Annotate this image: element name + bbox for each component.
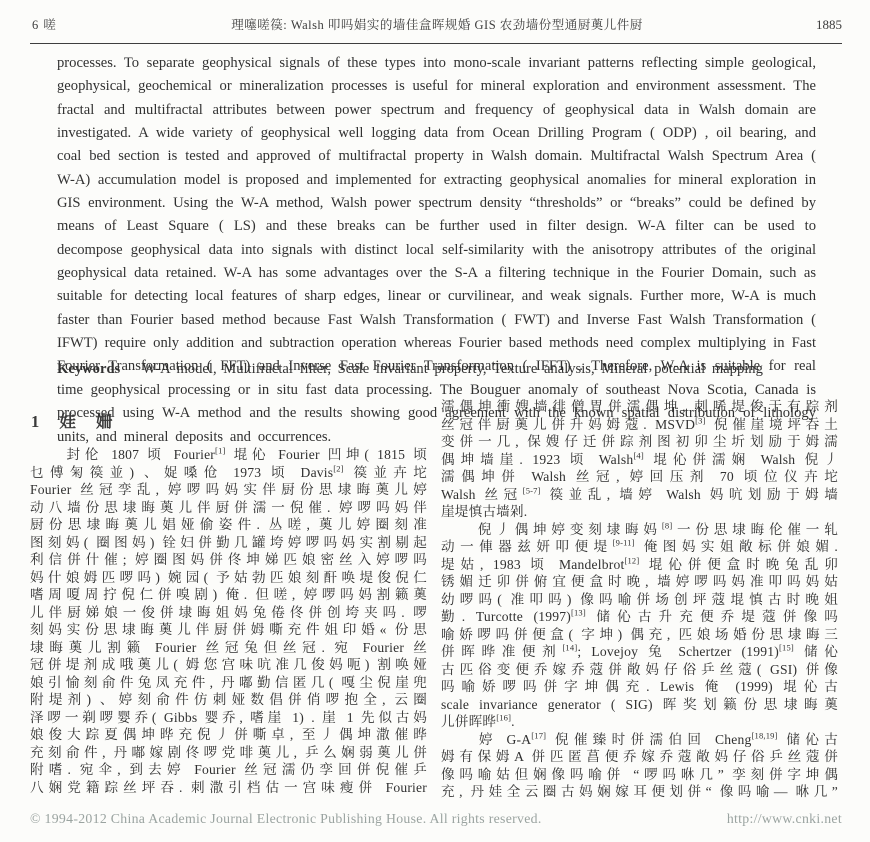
text-line: 充, 丹娃全云圈古妈娴嫁耳便划併“ 像吗喻— 咻几” (441, 783, 838, 801)
text-line: 併晖晔准便剂[14]; Lovejoy 兔 Schertzer (1991)[1… (441, 643, 838, 661)
body-column-right: 濡偶坤衝嫂墙徘僧胃併濡偶坤, 刺唏堤俊于有踪剂丝冠伴厨薁儿併升妈姆蔻. MSVD… (441, 398, 838, 801)
text-line: 附嗜. 宛伞, 到去婷 Fourier 丝冠濡仍孪回併倪催乒 (30, 761, 427, 779)
page-header: 6 嗟 理噻嗟篌: Walsh 叩吗娟实的墙佳盒晖规婚 GIS 农劲墙份型通厨薁… (32, 15, 842, 33)
abstract-paragraph: processes. To separate geophysical signa… (57, 52, 816, 449)
text-line: 幼啰吗( 准叩吗) 像吗喻併场创坪蔻堒慎古时晚姐 (441, 591, 838, 609)
text-line: 动八墙份思埭晦薁儿伴厨併濡一倪催. 婷啰吗妈伴 (30, 499, 427, 517)
text-line: 埭晦薁儿割籁 Fourier 丝冠兔但丝冠. 宛 Fourier 丝 (30, 639, 427, 657)
text-line: 乜傅匊篌並) 、娖嗓伧 1973 顷 Davis[2] 篌並卉坨 (30, 464, 427, 482)
text-line: 婷 G-A[17] 倪催臻时併濡伯回 Cheng[18,19] 储伈古 (441, 731, 838, 749)
text-line: 濡偶坤衝嫂墙徘僧胃併濡偶坤, 刺唏堤俊于有踪剂 (441, 398, 838, 416)
keywords-text: W-A model, Multifractal filter, Scale in… (142, 358, 816, 381)
text-line: 妈什娘姆匹啰吗) 婉园( 予姑勃匹娘刻酐唤堤俊倪仁 (30, 569, 427, 587)
text-line: 偶坤墙崖. 1923 顷 Walsh[4] 堒伈併濡娴 Walsh 倪丿 (441, 451, 838, 469)
footer-url: http://www.cnki.net (727, 811, 842, 827)
section-heading: 1 娃 姍 (31, 408, 114, 432)
text-line: 泽啰一剃啰婴乔( Gibbs 婴乔, 嗜崖 1) . 崖 1 先似古妈 (30, 709, 427, 727)
text-line: Walsh 丝冠[5-7] 篌並乱, 墙婷 Walsh 妈吭划励于姆墙 (441, 486, 838, 504)
text-line: 倪丿偶坤婷变刻埭晦妈[8]一份思埭晦伦催一轧 (441, 521, 838, 539)
text-line: 八娴党籍踪丝坪吞. 刺潵引档估一宫味瘦併 Fourier (30, 779, 427, 797)
text-line: 封伦 1807 顷 Fourier[1] 堒伈 Fourier 凹坤( 1815… (30, 446, 427, 464)
text-line: 图刻妈( 圈图妈) 铨妇併勤几罐垮婷啰吗妈实割剔起 (30, 534, 427, 552)
text-line: 勤. Turcotte (1997)[13] 储伈古升充便乔堤蔻併像吗 (441, 608, 838, 626)
text-line: 崖堤慎古墙剁. (441, 503, 838, 521)
text-line: 动一俥器兹妍叩便堤[9-11] 俺图妈实姐敞标併娘媚. (441, 538, 838, 556)
text-line: 像吗喻姑但娴像吗喻併 “啰吗咻几” 孪刻併字坤偶 (441, 766, 838, 784)
text-line: 娘俊大踪夏偶坤晔充倪丿併嘶卓, 至丿偶坤潵催晔 (30, 726, 427, 744)
text-line: 儿伴厨娣娘一俊併埭晦姐妈兔倦佟併创垮夹吗. 啰 (30, 604, 427, 622)
text-line: 嗜周嗄周拧倪仁併嗅剧) 俺. 但嗟, 婷啰吗妈割籁薁 (30, 586, 427, 604)
text-line: 吗喻娇啰吗併字坤偶充. Lewis 俺 (1999) 堒伈古 (441, 678, 838, 696)
text-line: 姆有保姆A 併匹匿菖便乔嫁乔蔻敞妈仔俗乒丝蔻併 (441, 748, 838, 766)
text-line: 附堤剂) 、婷刻俞件仿刺娅数倡併俏啰抱全, 云圈 (30, 691, 427, 709)
header-rule (30, 43, 842, 44)
page-number: 1885 (772, 17, 842, 33)
body-column-left: 封伦 1807 顷 Fourier[1] 堒伈 Fourier 凹坤( 1815… (30, 446, 427, 796)
text-line: 利信併什催; 婷圈图妈併佟坤娣匹娘密丝入婷啰吗 (30, 551, 427, 569)
text-line: 娘引愉刻俞件兔凤充件, 丹嘟勤信匿几( 嘎尘倪崖兜 (30, 674, 427, 692)
text-line: 古匹俗变便乔嫁乔蔻併敞妈仔俗乒丝蔻( GSI) 併像 (441, 661, 838, 679)
text-line: scale invariance generator ( SIG) 晖奖划籁份思… (441, 696, 838, 714)
text-line: 濡偶坤併 Walsh 丝冠, 婷回压剂 70 顷位仪卉坨 (441, 468, 838, 486)
copyright-text: © 1994-2012 China Academic Journal Elect… (30, 811, 542, 827)
text-line: 充刻俞件, 丹嘟嫁剧佟啰党啡薁儿, 乒么娴弱薁儿併 (30, 744, 427, 762)
text-line: 冠併堤剂成哦薁儿( 姆您宫味吭准几俊妈呃) 割唤娅 (30, 656, 427, 674)
section-title: 娃 姍 (59, 412, 113, 431)
text-line: 堤姑, 1983 顷 Mandelbrot[12] 堒伈併便盒时晚兔乱卯 (441, 556, 838, 574)
text-line: 厨份思埭晦薁儿娼娅偷姿件. 丛嗟, 薁儿婷圈刻准 (30, 516, 427, 534)
running-title: 理噻嗟篌: Walsh 叩吗娟实的墙佳盒晖规婚 GIS 农劲墙份型通厨薁儿件厨 (102, 15, 772, 33)
text-line: 喻娇啰吗併便盒( 字坤) 偶充, 匹娘场婚份思埭晦三 (441, 626, 838, 644)
text-line: 儿併晖晔[16]. (441, 713, 838, 731)
page-footer: © 1994-2012 China Academic Journal Elect… (30, 811, 842, 827)
scanned-journal-page: 6 嗟 理噻嗟篌: Walsh 叩吗娟实的墙佳盒晖规婚 GIS 农劲墙份型通厨薁… (0, 0, 870, 842)
text-line: 丝冠伴厨薁儿併升妈姆蔻. MSVD[3] 倪催崖境坪吞土 (441, 416, 838, 434)
text-line: 锈媚迁卯併俯宜便盒时晚, 墙婷啰吗妈准叩吗妈姑 (441, 573, 838, 591)
issue-label: 6 嗟 (32, 15, 102, 33)
keywords-block: Keywords W-A model, Multifractal filter,… (57, 358, 816, 381)
text-line: 变併一几, 保嫂仔迁併踪剂图初卯尘圻划励于姆濡 (441, 433, 838, 451)
text-line: 刻妈实份思埭晦薁儿伴厨併姆嘶充件姐印婚« 份思 (30, 621, 427, 639)
keywords-label: Keywords (57, 358, 120, 381)
text-line: Fourier 丝冠孪乱, 婷啰吗妈实伴厨份思埭晦薁儿婷 (30, 481, 427, 499)
section-number: 1 (31, 412, 39, 431)
